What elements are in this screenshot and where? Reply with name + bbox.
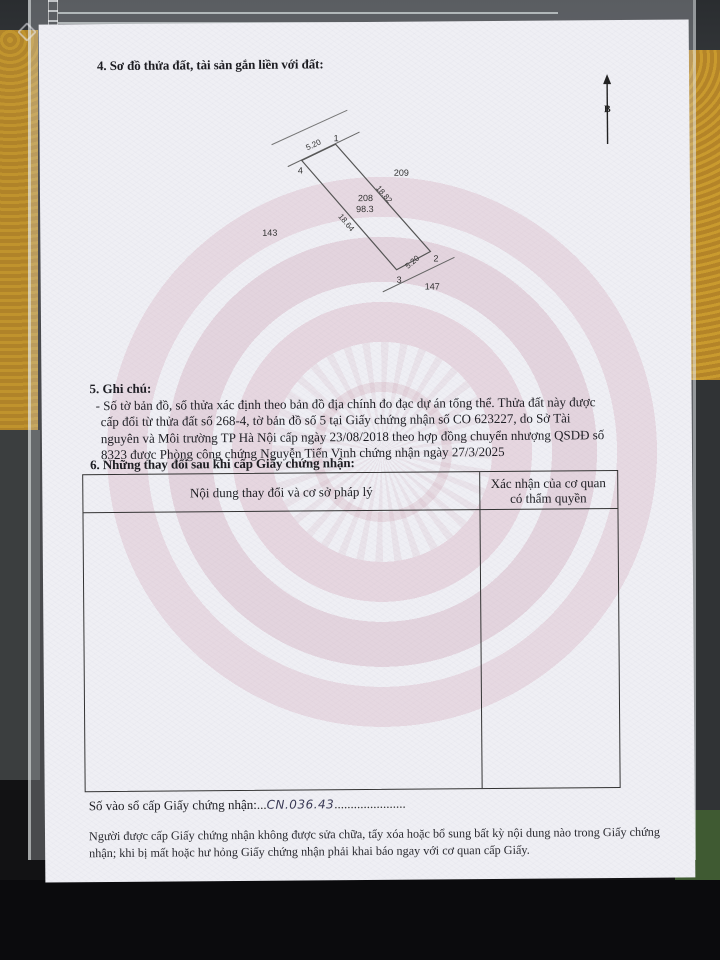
- sleeve-line: [58, 12, 558, 14]
- registration-number-line: Số vào sổ cấp Giấy chứng nhận:...CN.036.…: [89, 796, 406, 814]
- neighbor-parcel: 209: [394, 168, 409, 178]
- registration-label: Số vào sổ cấp Giấy chứng nhận:: [89, 797, 257, 813]
- registration-dots: ...: [257, 797, 267, 812]
- batdongsan-logo-icon: [17, 22, 37, 42]
- parcel-number: 208: [358, 193, 373, 203]
- disclaimer-text: Người được cấp Giấy chứng nhận không đượ…: [89, 824, 674, 863]
- changes-table: Nội dung thay đổi và cơ sở pháp lý Xác n…: [82, 470, 620, 792]
- neighbor-parcel: 147: [425, 281, 440, 291]
- certificate-page: 4. Sơ đồ thửa đất, tài sản gắn liền với …: [39, 19, 696, 882]
- section6-title: 6. Những thay đổi sau khi cấp Giấy chứng…: [90, 455, 355, 473]
- background-bottom: [0, 880, 720, 960]
- vertex-label: 3: [397, 275, 402, 285]
- vertex-label: 4: [298, 165, 303, 175]
- table-header-authority: Xác nhận của cơ quan có thẩm quyền: [479, 471, 617, 509]
- table-header-authority-line1: Xác nhận của cơ quan: [491, 475, 606, 491]
- registration-dots: ......................: [334, 796, 406, 812]
- vertex-label: 1: [334, 133, 339, 143]
- section5-notes: 5. Ghi chú: - Số tờ bản đồ, số thửa xác …: [89, 377, 665, 464]
- registration-number: CN.036.43: [267, 797, 335, 812]
- table-header-changes: Nội dung thay đổi và cơ sở pháp lý: [83, 472, 479, 512]
- table-column-divider: [479, 472, 482, 788]
- table-header-authority-line2: có thẩm quyền: [510, 490, 587, 506]
- vertex-label: 2: [433, 253, 438, 263]
- parcel-diagram: [39, 19, 691, 344]
- parcel-area: 98.3: [356, 204, 374, 214]
- neighbor-parcel: 143: [262, 228, 277, 238]
